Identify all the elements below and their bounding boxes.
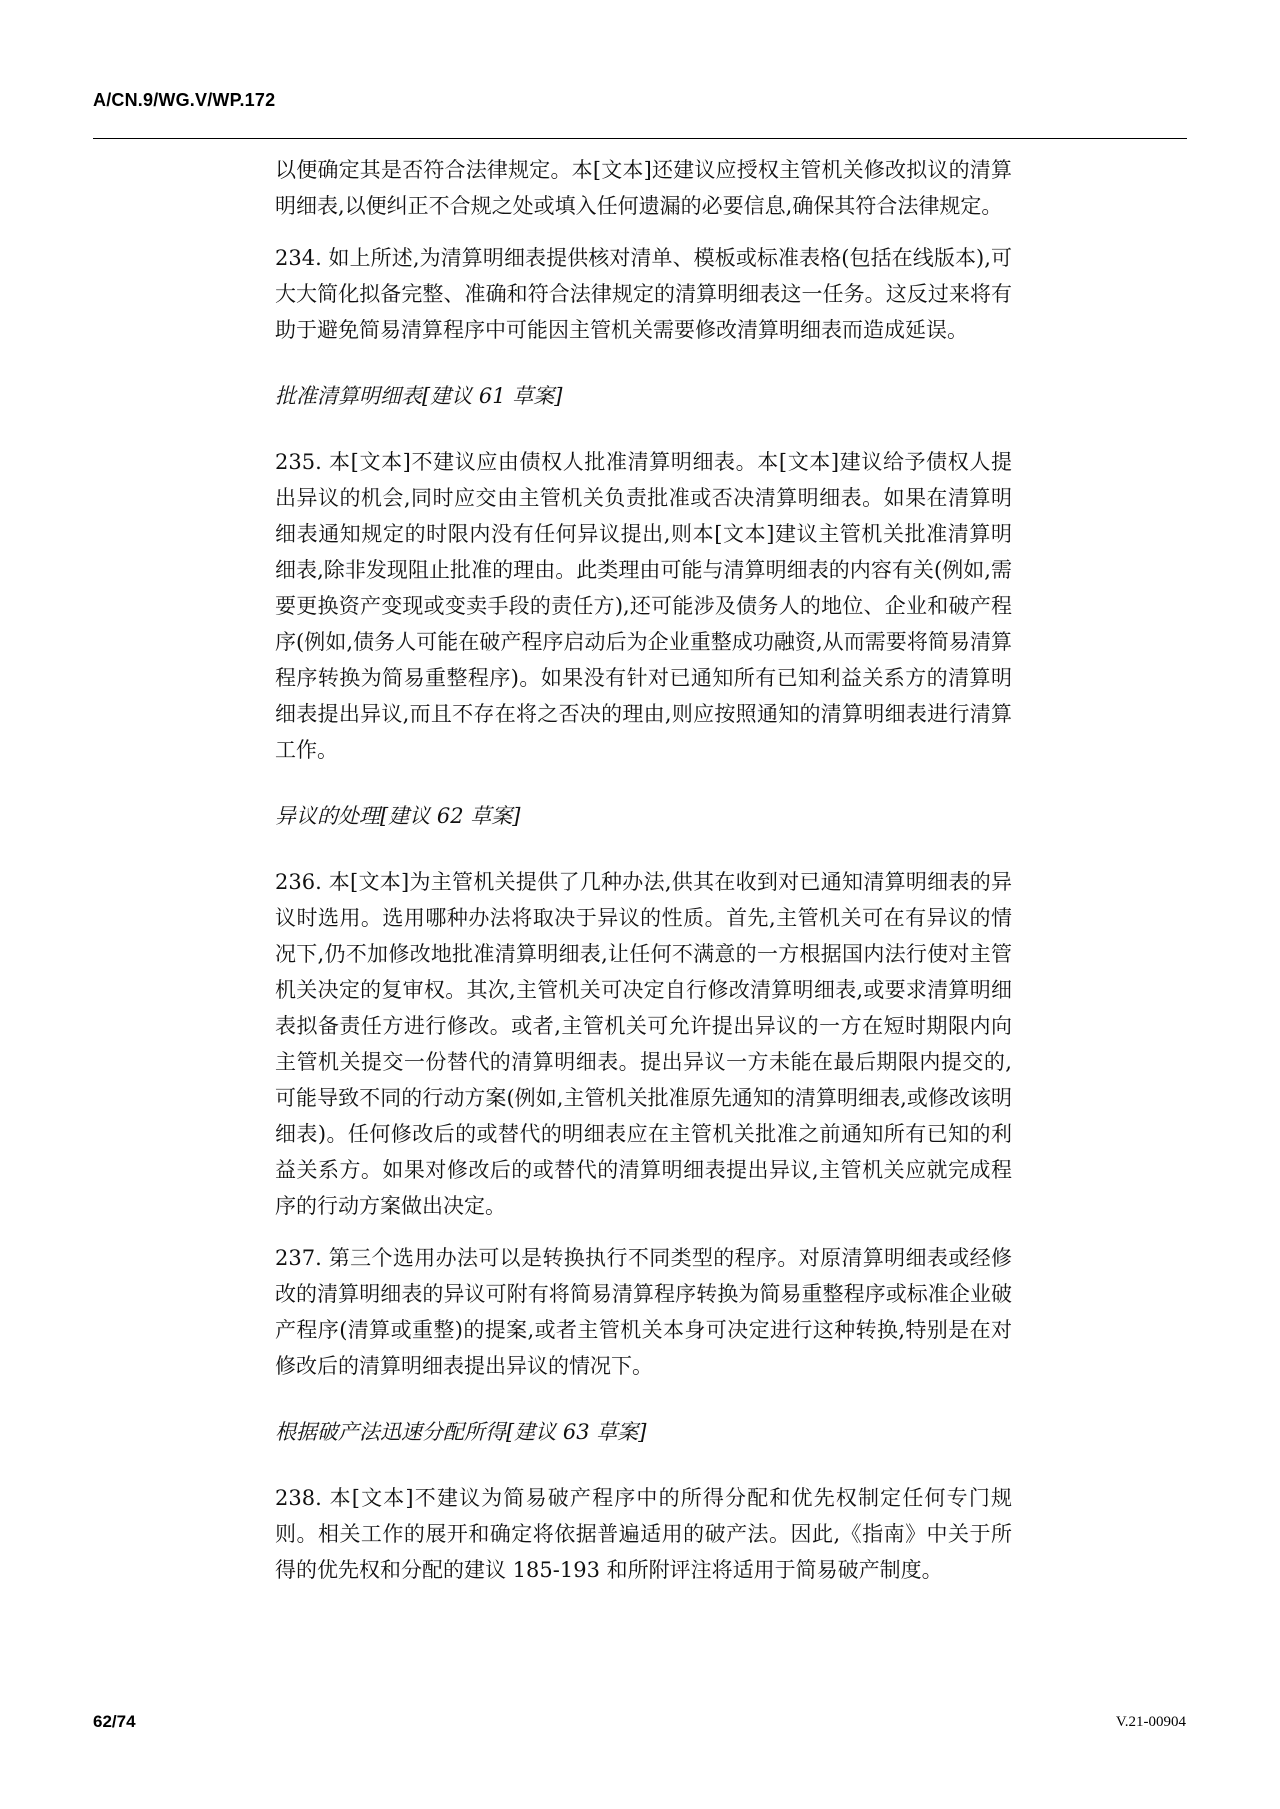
section-heading-approve-liquidation-schedule-rec-61: 批准清算明细表[建议 61 草案] (275, 378, 1012, 414)
paragraph-236: 236. 本[文本]为主管机关提供了几种办法,供其在收到对已通知清算明细表的异议… (275, 864, 1012, 1224)
section-heading-treatment-of-objections-rec-62: 异议的处理[建议 62 草案] (275, 798, 1012, 834)
paragraph-234: 234. 如上所述,为清算明细表提供核对清单、模板或标准表格(包括在线版本),可… (275, 240, 1012, 348)
paragraph-237: 237. 第三个选用办法可以是转换执行不同类型的程序。对原清算明细表或经修改的清… (275, 1240, 1012, 1384)
header-rule-divider (93, 138, 1187, 139)
document-id: V.21-00904 (1116, 1714, 1186, 1731)
section-heading-prompt-distribution-rec-63: 根据破产法迅速分配所得[建议 63 草案] (275, 1414, 1012, 1450)
page-number: 62/74 (93, 1712, 136, 1732)
paragraph-235: 235. 本[文本]不建议应由债权人批准清算明细表。本[文本]建议给予债权人提出… (275, 444, 1012, 768)
document-symbol: A/CN.9/WG.V/WP.172 (93, 90, 275, 111)
document-page: A/CN.9/WG.V/WP.172 以便确定其是否符合法律规定。本[文本]还建… (0, 0, 1280, 1809)
paragraph-continuation: 以便确定其是否符合法律规定。本[文本]还建议应授权主管机关修改拟议的清算明细表,… (275, 152, 1012, 224)
document-body: 以便确定其是否符合法律规定。本[文本]还建议应授权主管机关修改拟议的清算明细表,… (275, 140, 1012, 1604)
paragraph-238: 238. 本[文本]不建议为简易破产程序中的所得分配和优先权制定任何专门规则。相… (275, 1480, 1012, 1588)
